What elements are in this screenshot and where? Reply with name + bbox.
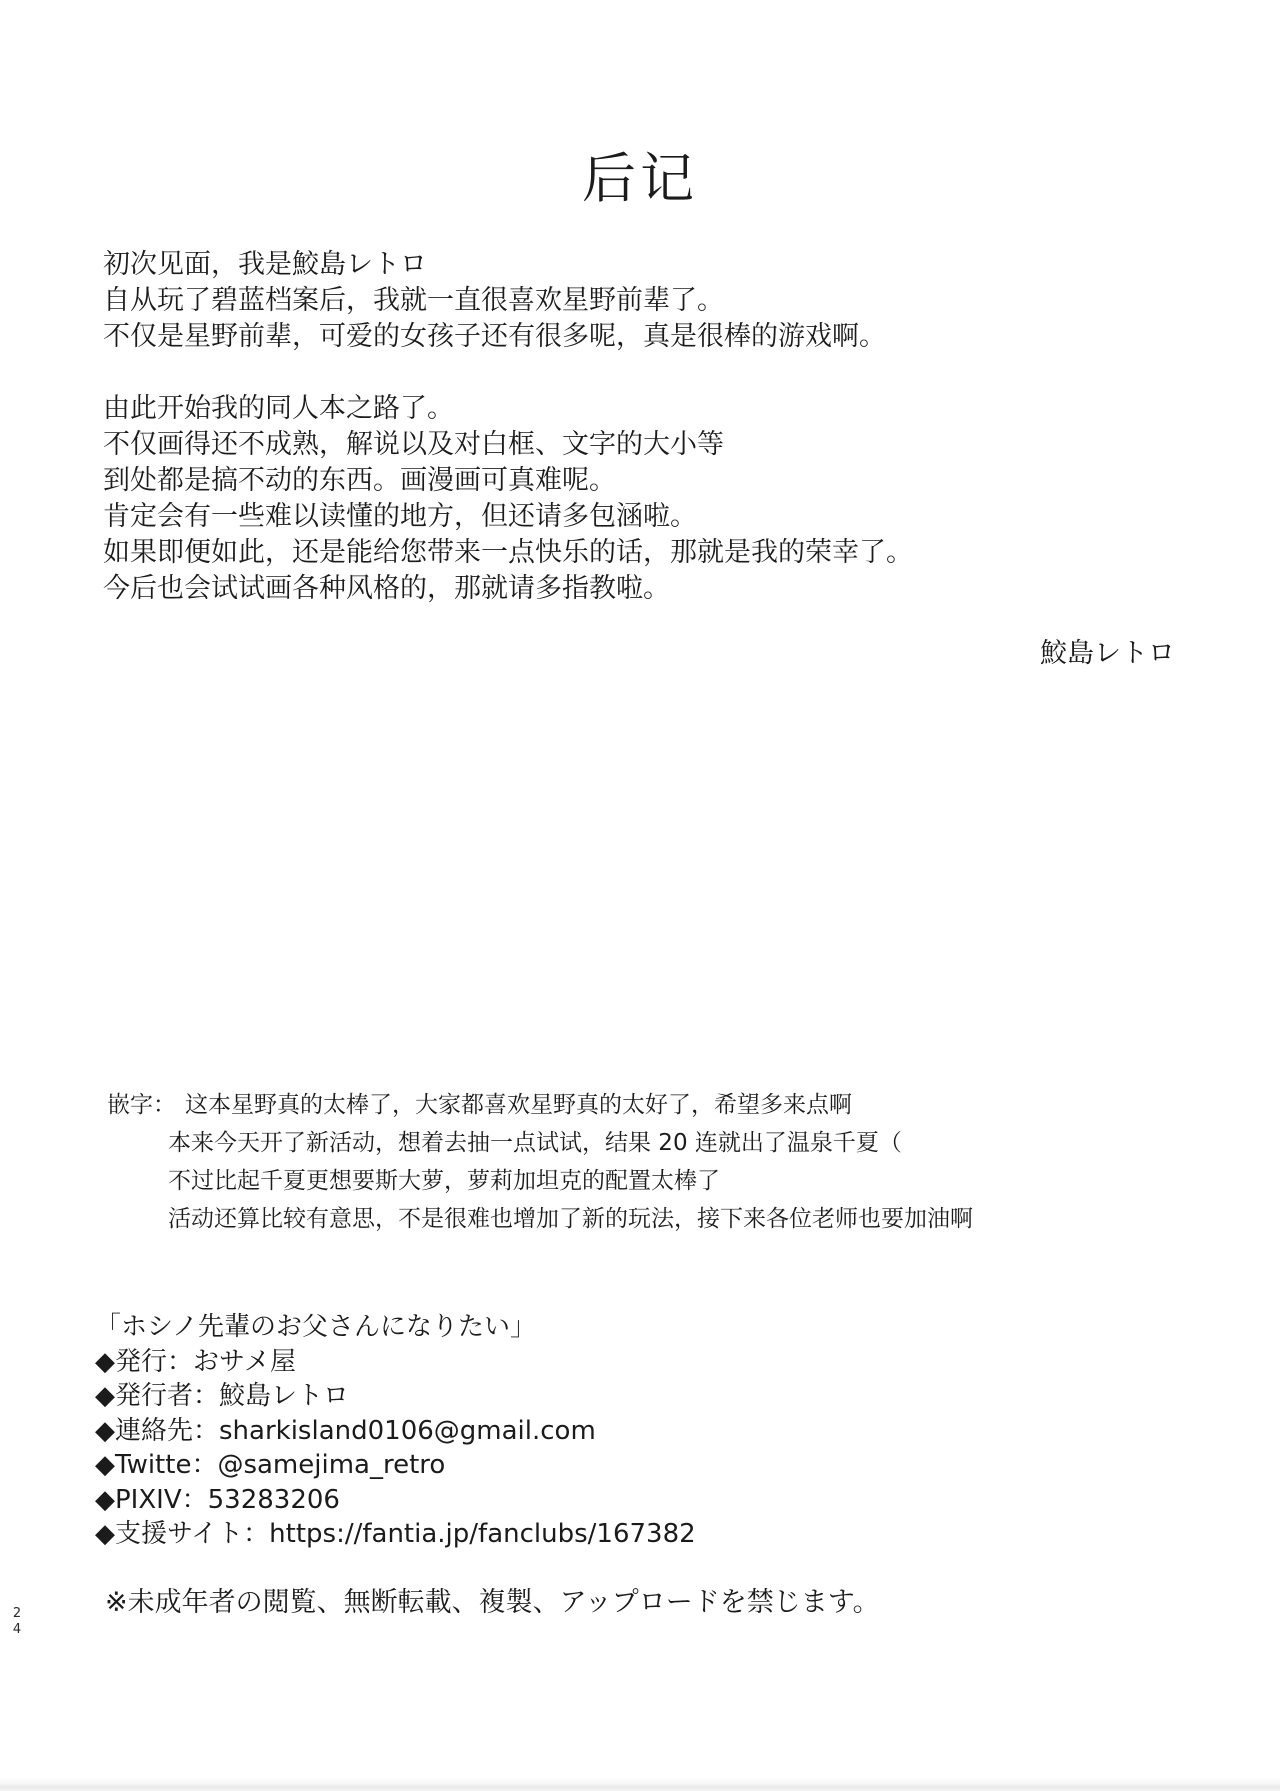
credit-line-pixiv: ◆PIXIV：53283206	[95, 1483, 696, 1518]
book-title: 「ホシノ先輩のお父さんになりたい」	[95, 1310, 696, 1345]
author-signature: 鮫島レトロ	[1040, 638, 1175, 670]
typesetter-note-line: 活动还算比较有意思，不是很难也增加了新的玩法，接下来各位老师也要加油啊	[107, 1200, 973, 1238]
page-number-digit: 2	[10, 1606, 24, 1622]
page-bottom-edge	[0, 1777, 1280, 1791]
afterword-line: 不仅画得还不成熟，解说以及对白框、文字的大小等	[103, 427, 913, 463]
afterword-line: 今后也会试试画各种风格的，那就请多指教啦。	[103, 571, 913, 607]
copyright-warning: ※未成年者の閲覧、無断転載、複製、アップロードを禁じます。	[105, 1586, 880, 1620]
typesetter-note-first-line: 嵌字：这本星野真的太棒了，大家都喜欢星野真的太好了，希望多来点啊	[107, 1086, 973, 1124]
page-number: 2 4	[10, 1606, 24, 1638]
credit-line-support-site: ◆支援サイト：https://fantia.jp/fanclubs/167382	[95, 1517, 696, 1552]
afterword-line: 自从玩了碧蓝档案后，我就一直很喜欢星野前辈了。	[103, 283, 913, 319]
afterword-paragraph-2: 由此开始我的同人本之路了。 不仅画得还不成熟，解说以及对白框、文字的大小等 到处…	[103, 391, 913, 607]
credit-line-twitter: ◆Twitte：@samejima_retro	[95, 1448, 696, 1483]
afterword-line: 如果即便如此，还是能给您带来一点快乐的话，那就是我的荣幸了。	[103, 535, 913, 571]
publication-credits: 「ホシノ先輩のお父さんになりたい」 ◆発行：おサメ屋 ◆発行者：鮫島レトロ ◆連…	[95, 1310, 696, 1552]
afterword-line: 到处都是搞不动的东西。画漫画可真难呢。	[103, 463, 913, 499]
afterword-paragraph-1: 初次见面，我是鮫島レトロ 自从玩了碧蓝档案后，我就一直很喜欢星野前辈了。 不仅是…	[103, 247, 913, 355]
afterword-line: 由此开始我的同人本之路了。	[103, 391, 913, 427]
afterword-body: 初次见面，我是鮫島レトロ 自从玩了碧蓝档案后，我就一直很喜欢星野前辈了。 不仅是…	[103, 247, 913, 607]
typesetter-note-line: 本来今天开了新活动，想着去抽一点试试，结果 20 连就出了温泉千夏（	[107, 1124, 973, 1162]
afterword-line: 不仅是星野前辈，可爱的女孩子还有很多呢，真是很棒的游戏啊。	[103, 319, 913, 355]
credit-line-publisher: ◆発行：おサメ屋	[95, 1345, 696, 1380]
typesetter-note-text: 这本星野真的太棒了，大家都喜欢星野真的太好了，希望多来点啊	[185, 1092, 852, 1118]
typesetter-note-line: 不过比起千夏更想要斯大萝，萝莉加坦克的配置太棒了	[107, 1162, 973, 1200]
afterword-page: 后记 初次见面，我是鮫島レトロ 自从玩了碧蓝档案后，我就一直很喜欢星野前辈了。 …	[0, 0, 1280, 1791]
afterword-line: 肯定会有一些难以读懂的地方，但还请多包涵啦。	[103, 499, 913, 535]
credit-line-contact-email: ◆連絡先：sharkisland0106@gmail.com	[95, 1414, 696, 1449]
typesetter-note-label: 嵌字：	[107, 1086, 176, 1124]
typesetter-note: 嵌字：这本星野真的太棒了，大家都喜欢星野真的太好了，希望多来点啊 本来今天开了新…	[107, 1086, 973, 1238]
page-title: 后记	[0, 146, 1280, 212]
page-number-digit: 4	[10, 1622, 24, 1638]
afterword-line: 初次见面，我是鮫島レトロ	[103, 247, 913, 283]
credit-line-author: ◆発行者：鮫島レトロ	[95, 1379, 696, 1414]
